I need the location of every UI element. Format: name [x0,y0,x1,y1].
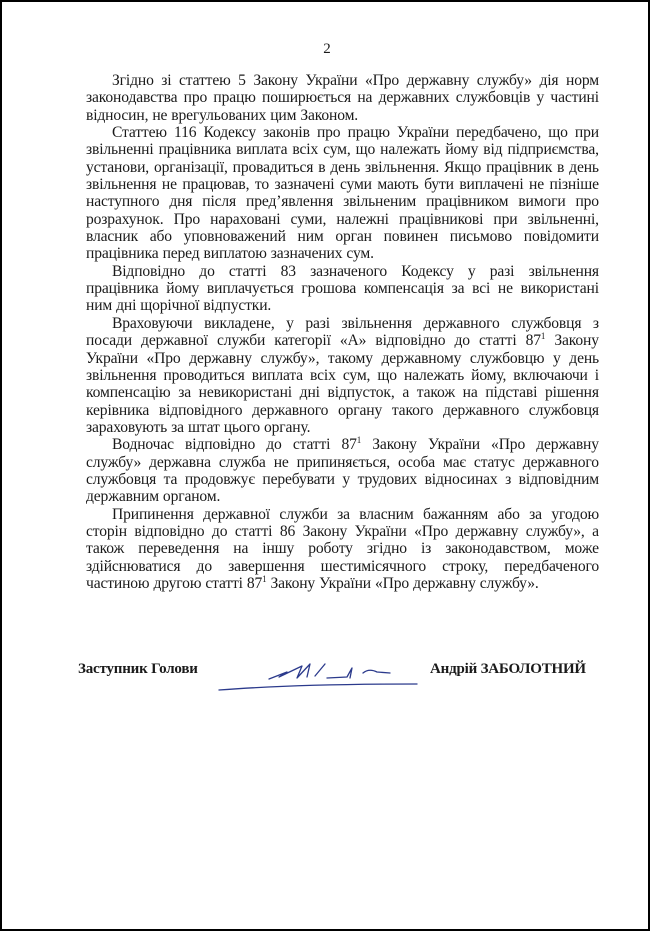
text-line: компенсаціюзаневикористаніднівідпусток,а… [86,384,599,401]
word: йому [166,280,199,297]
word: поширюється [262,89,351,106]
word: відпустки. [203,297,271,314]
word: згідно [367,540,407,557]
word: Згідно [112,72,154,89]
word: відпусток, [328,384,395,401]
word: ним [298,228,324,245]
text-line: установи,організації,провадитьсявденьзві… [86,159,599,176]
word: може [565,540,599,557]
word: зі [161,72,171,89]
word: звільненні, [528,211,599,228]
signatory-name: Андрій ЗАБОЛОТНИЙ [430,660,586,678]
paragraph-3: Відповіднодостатті83зазначеногоКодексуур… [86,263,599,315]
word: врегульованих [171,107,266,124]
word: працював, [182,176,249,193]
word: що [377,367,397,384]
word: а [592,523,599,540]
word: 83 [281,263,296,280]
word: категорії [274,332,331,349]
word: такого [392,402,433,419]
word: з [593,315,599,332]
word: виплатою [204,245,267,262]
word: про [184,89,208,106]
text-line: працівникапередвиплатоюзазначенихсум. [86,245,599,262]
word: Закону [303,523,348,540]
text-line: здійснюватисядозавершенняшестимісячногос… [86,558,599,575]
text-line: Водночасвідповіднодостатті871ЗаконуУкраї… [86,436,599,453]
paragraph-6: Припиненнядержавноїслужбизавласнимбажанн… [86,506,599,593]
word: звільнення [342,315,412,332]
word: зазначених [271,245,343,262]
word: виплата [252,367,303,384]
word: іншу [262,540,294,557]
word: «Про [365,72,399,89]
word: «А» [340,332,366,349]
word: державну [456,523,519,540]
word: звільнення. [365,159,439,176]
word: дня [169,193,192,210]
word: день [330,159,360,176]
word: особа [398,454,435,471]
text-line: службовцятапродовжуєперебуватиутрудовихв… [86,471,599,488]
word: підставі [485,384,537,401]
word: у [286,315,294,332]
word: не [152,107,167,124]
text-line: України«Продержавнуслужбу»,такомудержавн… [86,350,599,367]
text-line: такожпереведеннянаіншуроботузгідноіззако… [86,540,599,557]
word: компенсацію [86,384,170,401]
word: до [454,332,469,349]
word: уповноважений [184,228,286,245]
word: України [319,575,371,592]
word: використані [521,280,599,297]
word: Закону [253,72,298,89]
word: повідомити [524,228,599,245]
paragraph-5: Водночасвідповіднодостатті871ЗаконуУкраї… [86,436,599,505]
word: Відповідно [112,263,185,280]
text-line: державниморганом. [86,488,599,505]
word: «Про [147,350,181,367]
word: із [421,540,431,557]
word: або [498,506,520,523]
word: організації, [154,159,228,176]
word: що [356,141,376,158]
word: працівника [86,245,159,262]
text-line: законодавствапропрацюпоширюєтьсянадержав… [86,89,599,106]
word: на [463,384,478,401]
word: органу [338,402,382,419]
word: виплачені [459,176,523,193]
word: відповідно [134,523,204,540]
word: частиною [86,575,149,592]
word: державну [413,575,476,592]
text-line: Статтею116КодексузаконівпропрацюУкраїнип… [86,124,599,141]
word: відносин, [86,107,148,124]
word: до [197,558,212,575]
word: угодою [551,506,599,523]
word: нараховані [210,211,280,228]
word: «Про [375,575,409,592]
word: державна [149,454,211,471]
word: відповідного [159,402,243,419]
word: «Про [414,523,448,540]
word: Законом. [300,107,358,124]
word: всі [472,280,490,297]
word: шестимісячного [321,558,426,575]
word: сум, [323,141,350,158]
word: припиняється, [297,454,390,471]
word: або [150,228,172,245]
word: перебувати [262,471,334,488]
word: мають [377,176,418,193]
word: Кодексу [401,263,453,280]
word: державного [523,454,599,471]
word: звільнення [529,263,599,280]
word: статус [474,454,515,471]
word: в [318,159,325,176]
word: належать [404,367,464,384]
word: державного [252,402,328,419]
word: від [483,141,502,158]
word: суми, [291,211,327,228]
word: грошова [301,280,356,297]
word: статті [229,263,267,280]
word: службовцю [470,350,545,367]
word: до [212,523,227,540]
word: службовця [511,315,581,332]
word: службу» [86,454,141,471]
document-body: Згіднозістаттею5ЗаконуУкраїни«Продержавн… [86,72,599,592]
word: статтею [179,72,231,89]
word: за [452,280,465,297]
word: у [468,263,476,280]
word: службу», [526,523,585,540]
word: вимоги [518,193,565,210]
word: до [266,436,281,453]
word: Закону [271,575,316,592]
word: бажанням [423,506,488,523]
word: такому [328,350,373,367]
word: разі [490,263,515,280]
text-line: Згіднозістаттею5ЗаконуУкраїни«Продержавн… [86,72,599,89]
word: Закону [554,332,599,349]
word: Кодексу [204,124,256,141]
text-line: Відповіднодостатті83зазначеногоКодексуур… [86,263,599,280]
word: відповідно [375,332,445,349]
word: рішення [545,384,599,401]
word: за [337,506,350,523]
word: Водночас [112,436,174,453]
word: також [417,384,455,401]
word: норм [566,72,599,89]
word: керівника [86,402,149,419]
word: звільненні [86,141,154,158]
word: перед [163,245,200,262]
text-line: керівникавідповідногодержавногоорганутак… [86,402,599,419]
word: трудових [358,471,417,488]
text-line: нимдніщорічноївідпустки. [86,297,599,314]
word: працівника [86,280,159,297]
word: письмово [450,228,512,245]
word: з [505,471,511,488]
word: провадиться [233,159,314,176]
word: включаючи [513,367,587,384]
word: викладене, [204,315,275,332]
word: законодавства [86,89,177,106]
word: службовців [456,89,531,106]
word: сторін [86,523,127,540]
word: має [443,454,466,471]
word: роботу [308,540,353,557]
text-line: Припиненнядержавноїслужбизавласнимбажанн… [86,506,599,523]
word: у [536,89,544,106]
word: виплачується [207,280,294,297]
word: підприємства, [507,141,598,158]
word: статті [479,332,517,349]
word: працю [213,89,255,106]
word: статті [205,575,243,592]
word: до [199,263,214,280]
word: України [86,350,138,367]
text-line: наступногодняпісляпред’явленнязвільненим… [86,193,599,210]
word: компенсація [364,280,444,297]
word: 5 [238,72,246,89]
word: цього [224,419,260,436]
word: дія [539,72,558,89]
word: законодавством, [445,540,551,557]
word: державним [86,488,159,505]
word: йому, [471,367,506,384]
handwritten-signature-icon [207,656,427,696]
word: суми [340,176,372,193]
word: органу. [264,419,310,436]
word: передбачено, [456,124,541,141]
word: Припинення [112,506,194,523]
word: разі [305,315,330,332]
word: 871 [341,436,361,453]
word: установи, [86,159,149,176]
word: невикористані [199,384,292,401]
text-line: звільненніпрацівникавиплатавсіхсум,щонал… [86,141,599,158]
word: що [548,124,568,141]
word: про [575,193,599,210]
word: державну [536,436,599,453]
word: 116 [174,124,196,141]
word: день [569,159,599,176]
word: «Про [491,436,525,453]
word: України [305,72,357,89]
word: орган [335,228,372,245]
word: звільнення [86,176,156,193]
word: на [357,89,372,106]
word: завершення [228,558,304,575]
word: також [86,540,124,557]
word: у [553,350,561,367]
word: Враховуючи [112,315,193,332]
signatory-title: Заступник Голови [78,660,198,678]
word: 86 [280,523,295,540]
word: службу» [477,72,532,89]
text-line: службу»державнаслужбанеприпиняється,особ… [86,454,599,471]
word: за [178,384,191,401]
word: день [569,350,599,367]
word: передбаченого [504,558,599,575]
text-line: звільненняпроводитьсявиплатавсіхсум,щона… [86,367,599,384]
word: в [557,159,564,176]
word: всіх [310,367,336,384]
word: сум. [346,245,373,262]
word: не [274,454,289,471]
word: державному [382,350,462,367]
word: за [529,506,542,523]
word: дні [300,384,320,401]
word: статті [235,523,273,540]
word: строку, [442,558,488,575]
word: працівника [159,141,232,158]
word: працівникові [399,211,483,228]
word: про [317,124,341,141]
word: належать [380,141,440,158]
word: відповідним [519,471,599,488]
word: належні [336,211,389,228]
document-page: 2 Згіднозістаттею5ЗаконуУкраїни«Продержа… [0,0,650,931]
paragraph-1: Згіднозістаттею5ЗаконуУкраїни«Продержавн… [86,72,599,124]
word: Статтею [112,124,167,141]
word: проводиться [163,367,244,384]
word: державного [424,315,500,332]
word: дні [116,297,136,314]
word: повинен [384,228,438,245]
word: службовця [86,471,156,488]
word: службу», [260,350,319,367]
signature-block: Заступник Голови Андрій ЗАБОЛОТНИЙ [2,658,650,698]
word: не [529,176,544,193]
word: і [595,367,599,384]
word: державного [443,402,519,419]
word: зараховують [86,419,167,436]
word: та [164,471,178,488]
text-line: відносин,неврегульованихцимЗаконом. [86,107,599,124]
word: статті [293,436,331,453]
text-line: звільненнянепрацював,тозазначенісумимают… [86,176,599,193]
word: державну [189,350,252,367]
word: всіх [292,141,318,158]
word: ним [86,297,112,314]
page-number: 2 [2,41,650,58]
word: Якщо [444,159,481,176]
word: за [171,419,184,436]
word: звільненим [343,193,416,210]
word: при [493,211,517,228]
word: власним [359,506,413,523]
word: працівник [486,159,552,176]
word: після [202,193,236,210]
word: йому [445,141,478,158]
text-line: зараховуютьзаштатцьогооргану. [86,419,599,436]
text-line: Враховуючивикладене,уразізвільненнядержа… [86,315,599,332]
word: 871 [247,575,267,592]
word: штат [188,419,220,436]
word: службовця [529,402,599,419]
text-line: частиноюдругоюстатті871ЗаконуУкраїни«Про… [86,575,599,592]
word: зазначені [274,176,334,193]
word: у [342,471,350,488]
word: виплата [236,141,287,158]
word: частині [550,89,598,106]
word: відповідно [185,436,255,453]
word: не [162,176,177,193]
word: щорічної [140,297,199,314]
word: України [397,124,449,141]
word: сум, [343,367,370,384]
word: України [355,523,407,540]
word: відносинах [425,471,498,488]
word: працю [348,124,390,141]
word: звільнення [86,367,156,384]
word: державну [407,72,470,89]
word: здійснюватися [86,558,180,575]
word: 871 [526,332,546,349]
word: державної [203,506,270,523]
word: законів [263,124,310,141]
word: другою [153,575,201,592]
word: органом. [163,488,220,505]
word: продовжує [185,471,255,488]
word: України [428,436,480,453]
text-line: посадидержавноїслужбикатегорії«А»відпові… [86,332,599,349]
word: на [233,540,248,557]
paragraph-4: Враховуючивикладене,уразізвільненнядержа… [86,315,599,436]
word: пізніше [550,176,599,193]
word: служби [279,506,327,523]
word: пред’явлення [246,193,333,210]
word: переведення [138,540,219,557]
text-line: власникабоуповноваженийниморганповиненпи… [86,228,599,245]
word: зазначеного [310,263,387,280]
word: а [402,384,409,401]
word: працівником [426,193,508,210]
word: розрахунок. [86,211,163,228]
word: при [575,124,599,141]
word: посади [86,332,132,349]
paragraph-2: Статтею116КодексузаконівпропрацюУкраїнип… [86,124,599,263]
word: служба [219,454,266,471]
word: Закону [372,436,417,453]
word: служби [217,332,265,349]
word: не [498,280,513,297]
word: наступного [86,193,159,210]
text-line: працівникайомувиплачуєтьсягрошовакомпенс… [86,280,599,297]
word: державної [141,332,208,349]
word: цим [270,107,296,124]
word: бути [424,176,454,193]
word: службу». [480,575,539,592]
word: Про [174,211,200,228]
text-line: сторінвідповіднодостатті86ЗаконуУкраїни«… [86,523,599,540]
text-line: розрахунок.Пронарахованісуми,належніпрац… [86,211,599,228]
word: власник [86,228,138,245]
word: державних [379,89,450,106]
word: то [255,176,269,193]
